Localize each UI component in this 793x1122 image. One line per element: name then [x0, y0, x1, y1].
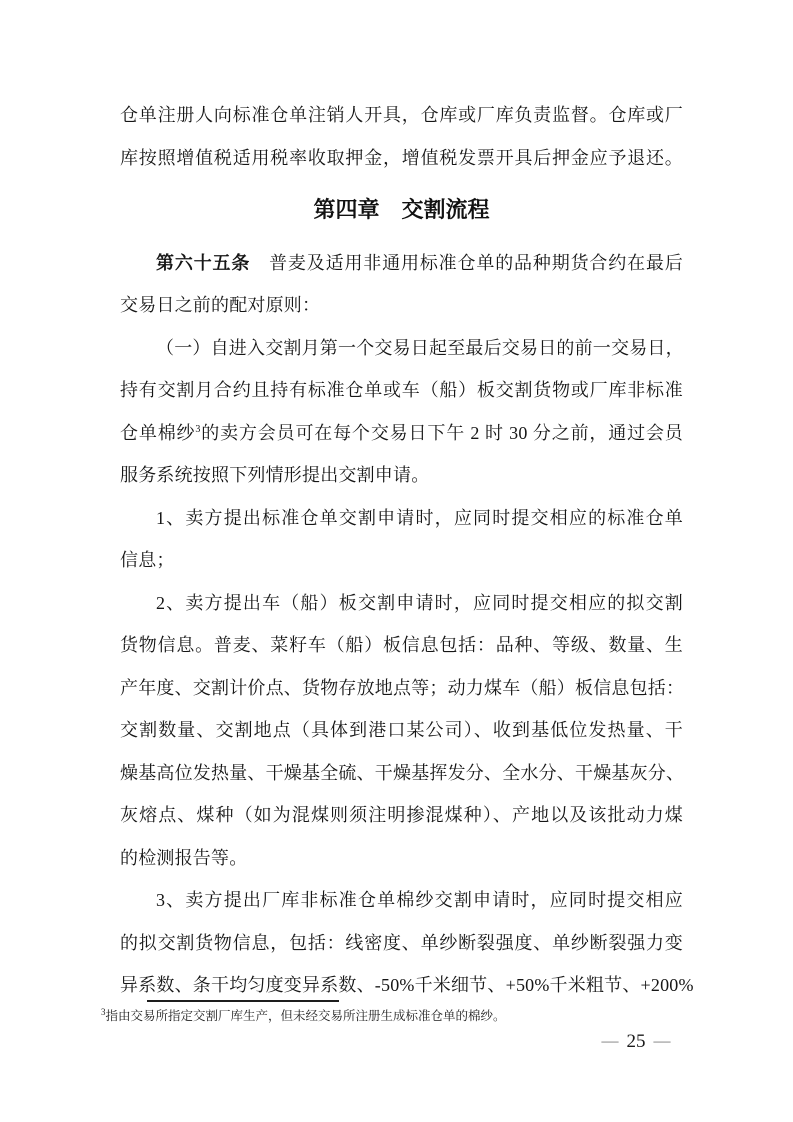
line-text: 异系数、条干均匀度变异系数、-50%千米细节、+50%千米粗节、+200%: [120, 975, 694, 995]
text-line: 第六十五条 普麦及适用非通用标准仓单的品种期货合约在最后: [120, 242, 683, 285]
text-line: 交割数量、交割地点（具体到港口某公司）、收到基低位发热量、干: [120, 709, 683, 752]
footnote-separator: [147, 1000, 339, 1002]
text-line: （一）自进入交割月第一个交易日起至最后交易日的前一交易日，: [120, 327, 683, 370]
text-line: 燥基高位发热量、干燥基全硫、干燥基挥发分、全水分、干燥基灰分、: [120, 752, 683, 795]
text-line: 库按照增值税适用税率收取押金，增值税发票开具后押金应予退还。: [120, 137, 683, 180]
text-line: 2、卖方提出车（船）板交割申请时，应同时提交相应的拟交割: [120, 582, 683, 625]
line-text: 燥基高位发热量、干燥基全硫、干燥基挥发分、全水分、干燥基灰分、: [120, 763, 684, 783]
page-body: 仓单注册人向标准仓单注销人开具，仓库或厂库负责监督。仓库或厂 库按照增值税适用税…: [120, 94, 683, 1007]
text-line: 的检测报告等。: [120, 837, 683, 880]
line-text: 的拟交割货物信息，包括：线密度、单纱断裂强度、单纱断裂强力变: [120, 933, 683, 953]
page-number-value: 25: [627, 1031, 646, 1053]
text-line: 交易日之前的配对原则：: [120, 284, 683, 327]
text-line: 货物信息。普麦、菜籽车（船）板信息包括：品种、等级、数量、生: [120, 624, 683, 667]
article-number: 第六十五条: [156, 253, 250, 273]
text-line: 3、卖方提出厂库非标准仓单棉纱交割申请时，应同时提交相应: [120, 879, 683, 922]
line-text: 的检测报告等。: [120, 848, 247, 868]
page-number-dash-right: —: [654, 1031, 671, 1051]
text-line: 的拟交割货物信息，包括：线密度、单纱断裂强度、单纱断裂强力变: [120, 922, 683, 965]
line-text: 服务系统按照下列情形提出交割申请。: [120, 465, 429, 485]
line-text: 信息；: [120, 550, 175, 570]
line-text: 2、卖方提出车（船）板交割申请时，应同时提交相应的拟交割: [156, 593, 683, 613]
line-text: 灰熔点、煤种（如为混煤则须注明掺混煤种）、产地以及该批动力煤: [120, 805, 683, 825]
line-text: 库按照增值税适用税率收取押金，增值税发票开具后押金应予退还。: [120, 148, 683, 168]
chapter-heading: 第四章 交割流程: [120, 189, 683, 232]
text-line: 产年度、交割计价点、货物存放地点等；动力煤车（船）板信息包括：: [120, 667, 683, 710]
line-text: 3、卖方提出厂库非标准仓单棉纱交割申请时，应同时提交相应: [156, 890, 683, 910]
line-text: 货物信息。普麦、菜籽车（船）板信息包括：品种、等级、数量、生: [120, 635, 683, 655]
line-text: 仓单棉纱: [120, 423, 195, 443]
line-text: 交易日之前的配对原则：: [120, 295, 320, 315]
text-line: 灰熔点、煤种（如为混煤则须注明掺混煤种）、产地以及该批动力煤: [120, 794, 683, 837]
line-text: 1、卖方提出标准仓单交割申请时，应同时提交相应的标准仓单: [156, 508, 683, 528]
line-text: 仓单注册人向标准仓单注销人开具，仓库或厂库负责监督。仓库或厂: [120, 105, 683, 125]
footnote-text: 指由交易所指定交割厂库生产，但未经交易所注册生成标准仓单的棉纱。: [106, 1009, 506, 1023]
text-line: 服务系统按照下列情形提出交割申请。: [120, 454, 683, 497]
line-text: 普麦及适用非通用标准仓单的品种期货合约在最后: [250, 253, 683, 273]
text-line: 仓单注册人向标准仓单注销人开具，仓库或厂库负责监督。仓库或厂: [120, 94, 683, 137]
footnote: 3指由交易所指定交割厂库生产，但未经交易所注册生成标准仓单的棉纱。: [101, 1007, 661, 1026]
line-text: （一）自进入交割月第一个交易日起至最后交易日的前一交易日，: [156, 338, 684, 358]
text-line: 持有交割月合约且持有标准仓单或车（船）板交割货物或厂库非标准: [120, 369, 683, 412]
text-line: 信息；: [120, 539, 683, 582]
document-page: 仓单注册人向标准仓单注销人开具，仓库或厂库负责监督。仓库或厂 库按照增值税适用税…: [0, 0, 793, 1122]
page-number-dash-left: —: [602, 1031, 619, 1051]
line-text: 交割数量、交割地点（具体到港口某公司）、收到基低位发热量、干: [120, 720, 683, 740]
page-number: — 25 —: [586, 1028, 686, 1056]
line-text: 的卖方会员可在每个交易日下午 2 时 30 分之前，通过会员: [201, 423, 683, 443]
line-text: 产年度、交割计价点、货物存放地点等；动力煤车（船）板信息包括：: [120, 678, 684, 698]
line-text: 持有交割月合约且持有标准仓单或车（船）板交割货物或厂库非标准: [120, 380, 683, 400]
text-line: 1、卖方提出标准仓单交割申请时，应同时提交相应的标准仓单: [120, 497, 683, 540]
text-line: 仓单棉纱3的卖方会员可在每个交易日下午 2 时 30 分之前，通过会员: [120, 412, 683, 455]
